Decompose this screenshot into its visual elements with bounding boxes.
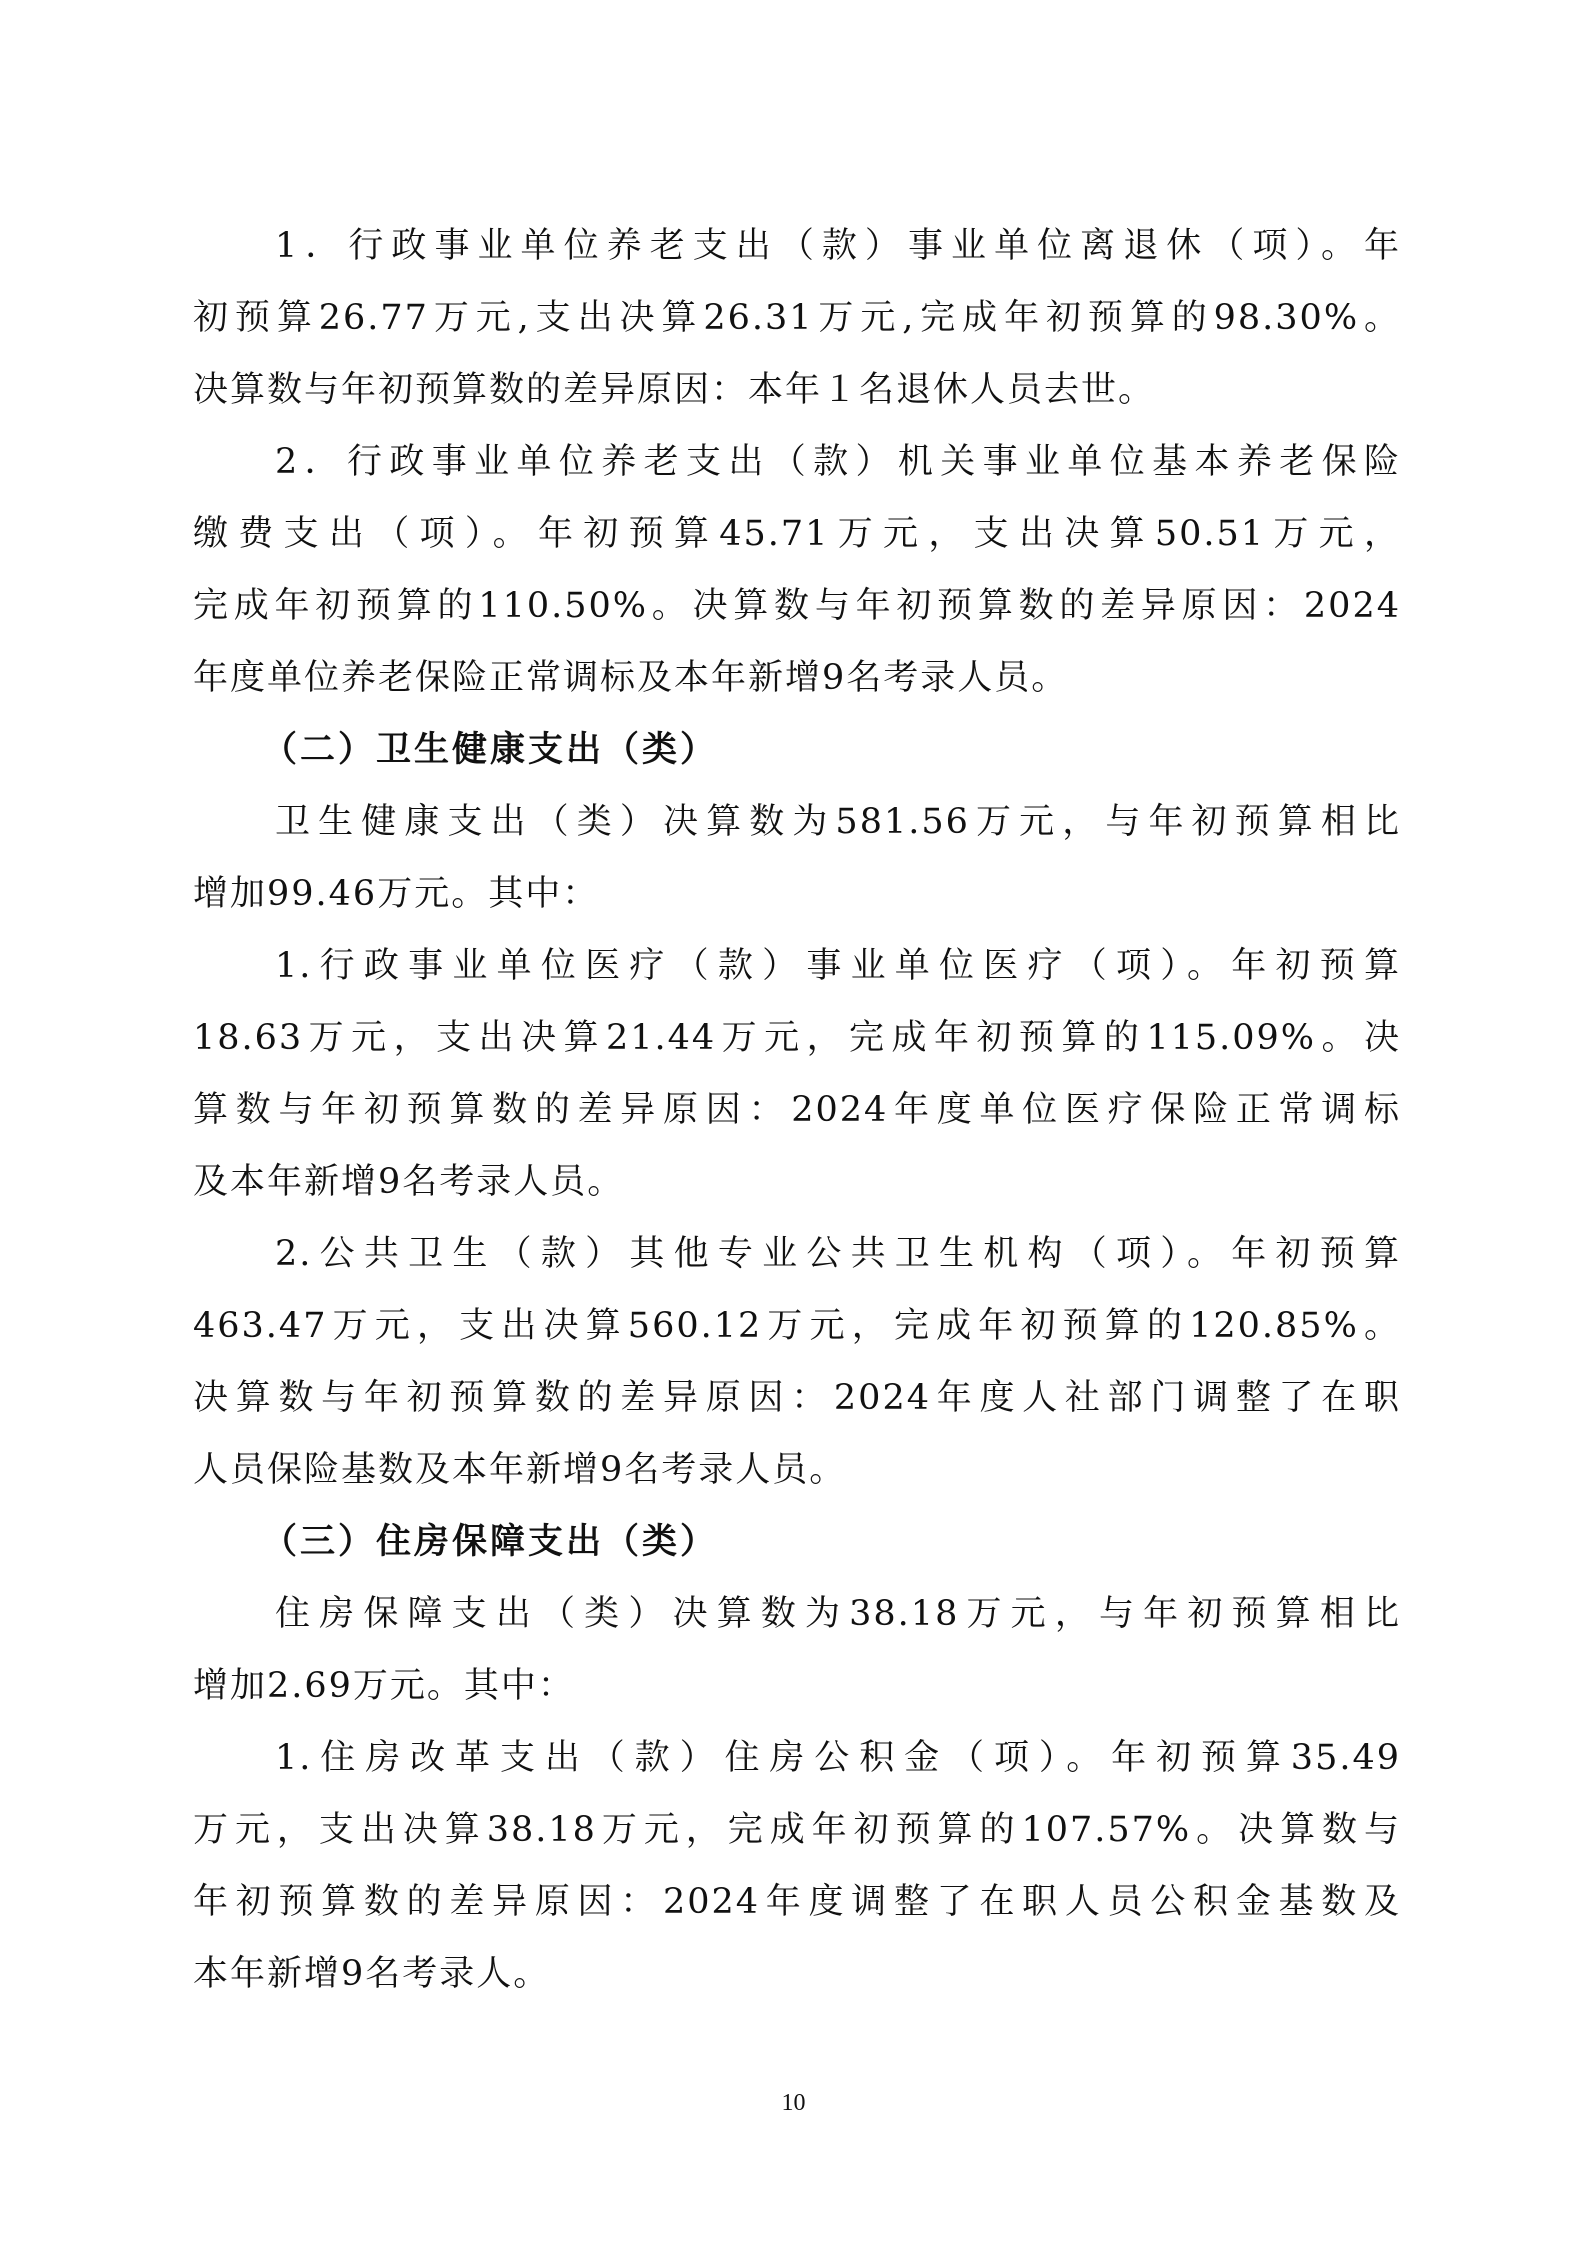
paragraph-line: 决算数与年初预算数的差异原因：本年１名退休人员去世。 [193,362,1401,418]
page-number: 10 [0,2088,1587,2118]
paragraph-line: 2.公共卫生（款）其他专业公共卫生机构（项）。年初预算 [275,1226,1401,1282]
paragraph-line: 缴费支出（项）。年初预算45.71万元，支出决算50.51万元， [193,506,1401,562]
paragraph-line: 年度单位养老保险正常调标及本年新增9名考录人员。 [193,650,1401,706]
document-page: 1．行政事业单位养老支出（款）事业单位离退休（项）。年 初预算26.77万元,支… [0,0,1587,2245]
paragraph-line: 卫生健康支出（类）决算数为581.56万元，与年初预算相比 [275,794,1401,850]
paragraph-line: 1．行政事业单位养老支出（款）事业单位离退休（项）。年 [275,218,1401,274]
paragraph-line: 1.行政事业单位医疗（款）事业单位医疗（项）。年初预算 [275,938,1401,994]
paragraph-line: 18.63万元，支出决算21.44万元，完成年初预算的115.09%。决 [193,1010,1401,1066]
paragraph-line: 住房保障支出（类）决算数为38.18万元，与年初预算相比 [275,1586,1401,1642]
section-heading-housing: （三）住房保障支出（类） [262,1514,718,1570]
paragraph-line: 增加99.46万元。其中： [193,866,1401,922]
paragraph-line: 增加2.69万元。其中： [193,1658,1401,1714]
paragraph-line: 完成年初预算的110.50%。决算数与年初预算数的差异原因：2024 [193,578,1401,634]
paragraph-line: 2．行政事业单位养老支出（款）机关事业单位基本养老保险 [275,434,1401,490]
paragraph-line: 人员保险基数及本年新增9名考录人员。 [193,1442,1401,1498]
paragraph-line: 年初预算数的差异原因：2024年度调整了在职人员公积金基数及 [193,1874,1401,1930]
section-heading-health: （二）卫生健康支出（类） [262,722,718,778]
paragraph-line: 决算数与年初预算数的差异原因：2024年度人社部门调整了在职 [193,1370,1401,1426]
paragraph-line: 1.住房改革支出（款）住房公积金（项）。年初预算35.49 [275,1730,1401,1786]
paragraph-line: 463.47万元，支出决算560.12万元，完成年初预算的120.85%。 [193,1298,1401,1354]
paragraph-line: 万元，支出决算38.18万元，完成年初预算的107.57%。决算数与 [193,1802,1401,1858]
paragraph-line: 初预算26.77万元,支出决算26.31万元,完成年初预算的98.30%。 [193,290,1401,346]
paragraph-line: 本年新增9名考录人。 [193,1946,1401,2002]
paragraph-line: 算数与年初预算数的差异原因：2024年度单位医疗保险正常调标 [193,1082,1401,1138]
paragraph-line: 及本年新增9名考录人员。 [193,1154,1401,1210]
